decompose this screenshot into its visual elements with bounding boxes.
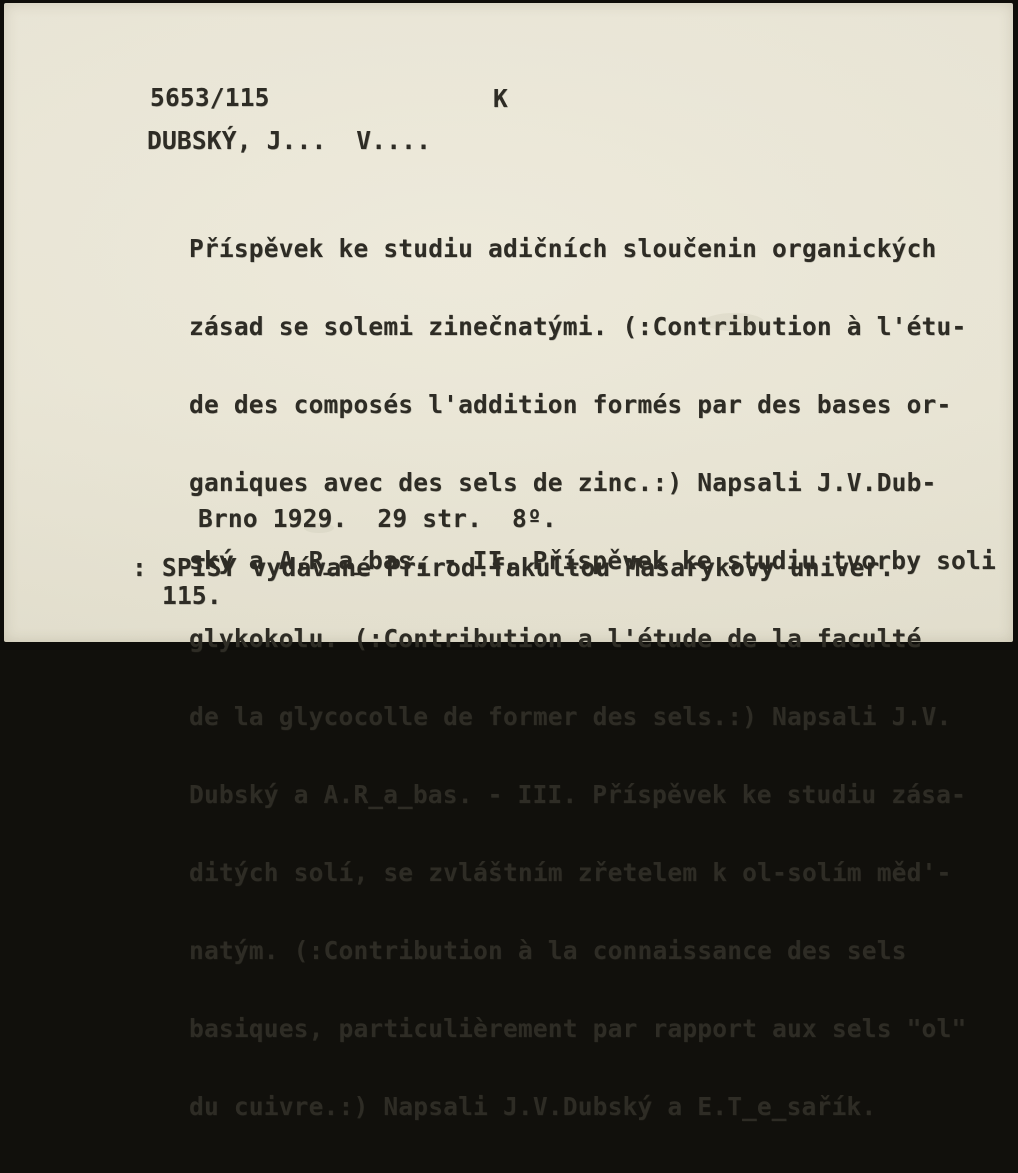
series-line: : SPISY vydávané Přírod.fakultou Masaryk…: [132, 555, 894, 581]
catalog-card: 5653/115 K DUBSKÝ, J... V.... Příspěvek …: [4, 3, 1013, 642]
imprint-line: Brno 1929. 29 str. 8º.: [198, 506, 557, 532]
title-line: zásad se solemi zinečnatými. (:Contribut…: [189, 314, 996, 340]
title-line: Příspěvek ke studiu adičních sloučenin o…: [189, 236, 996, 262]
letter-mark: K: [493, 86, 508, 112]
scan-frame: 5653/115 K DUBSKÝ, J... V.... Příspěvek …: [0, 0, 1018, 650]
title-line: de des composés l'addition formés par de…: [189, 392, 996, 418]
title-line: ganiques avec des sels de zinc.:) Napsal…: [189, 470, 996, 496]
call-number: 5653/115: [150, 85, 270, 111]
title-line: glykokolu. (:Contribution a l'étude de l…: [189, 626, 996, 650]
series-number: 115.: [162, 583, 222, 609]
author-heading: DUBSKÝ, J... V....: [147, 128, 431, 154]
